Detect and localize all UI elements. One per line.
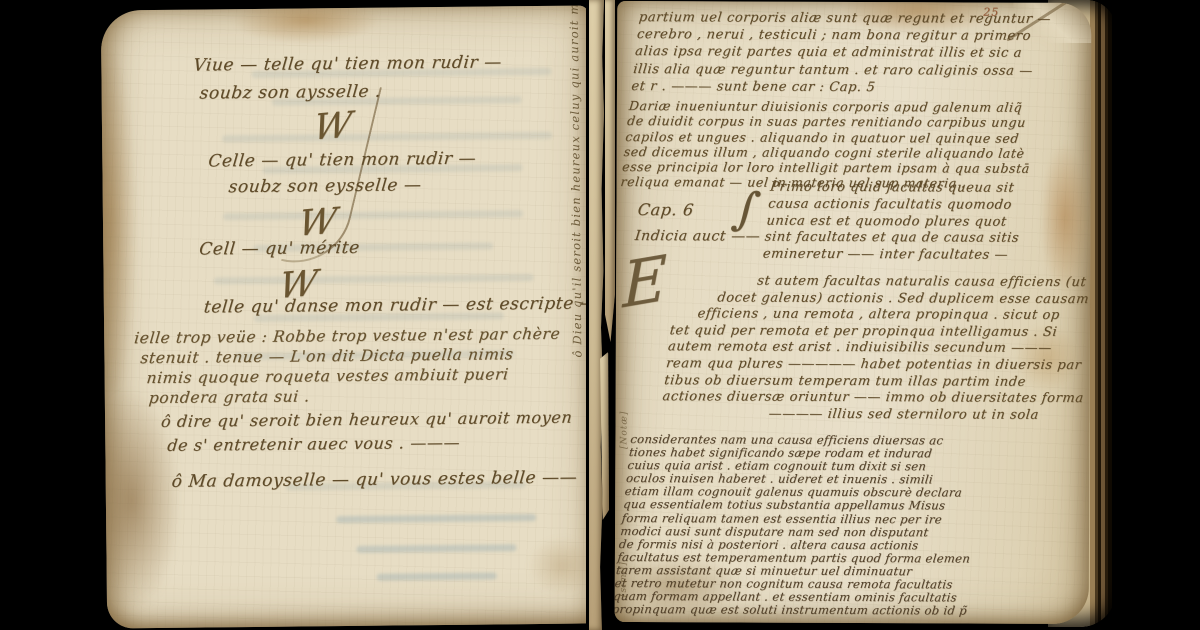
manuscript-text-line: et r . ——— sunt bene car : Cap. 5 [630, 78, 1044, 97]
torn-page-stub [605, 0, 615, 342]
manuscript-text-line: telle qu' danse mon rudir — est escripte… [203, 293, 595, 317]
manuscript-text-line: nimis quoque roqueta vestes ambiuit puer… [146, 364, 510, 388]
monogram-w: W [311, 105, 354, 149]
manuscript-text-line: cerebro , nerui , testiculi ; nam bona r… [636, 26, 1050, 45]
manuscript-text-line: efficiens , una remota , altera propinqu… [697, 307, 1092, 325]
manuscript-text-line: emineretur —— inter facultates — [762, 247, 1018, 265]
manuscript-text-line: pondera grata sui . [148, 386, 311, 408]
manuscript-text-line: de s' entretenir auec vous . ——— [166, 433, 461, 455]
latin-text-block: partium uel corporis aliæ sunt quæ regun… [630, 9, 1051, 97]
manuscript-text-line: actiones diuersæ oriuntur —— immo ob diu… [661, 389, 1084, 407]
manuscript-text-line: partium uel corporis aliæ sunt quæ regun… [638, 9, 1052, 28]
stain [231, 5, 381, 45]
manuscript-text-line: causa actionis facultatis quomodo [767, 196, 1023, 214]
bleed-through-line [356, 544, 516, 553]
bleed-through-line [222, 132, 552, 142]
manuscript-text-line: Celle — qu' tien mon rudir — [207, 149, 477, 172]
photo-backdrop: Viue — telle qu' tien mon rudir — soubz … [0, 0, 1200, 630]
bleed-through-line [223, 210, 523, 220]
manuscript-text-line: sed dicemus illum , aliquando cogni ster… [623, 144, 1032, 161]
bleed-through-line [377, 572, 497, 580]
right-page: 25 partium uel corporis aliæ sunt quæ re… [615, 1, 1092, 624]
latin-text-block: Primo loro quid facultas queua sitcausa … [762, 180, 1026, 265]
bleed-through-line [214, 274, 534, 284]
illuminated-initial: E [622, 241, 668, 323]
bleed-through-line [336, 514, 536, 523]
manuscript-text-line: Primo loro quid facultas queua sit [769, 180, 1025, 198]
manuscript-text-line: tet quid per remota et per propinqua int… [669, 323, 1092, 341]
manuscript-text-line: ream qua plures ————— habet potentias in… [665, 356, 1088, 374]
manuscript-text-line: docet galenus) actionis . Sed duplicem e… [716, 290, 1091, 308]
margin-annotation: [Notæ] [619, 411, 629, 449]
manuscript-text-line: st autem facultas naturalis causa effici… [756, 274, 1091, 292]
manuscript-text-line: capilos et ungues . aliquando in quatuor… [625, 129, 1034, 146]
manuscript-text-line: sint facultates et qua de causa sitis [764, 230, 1020, 248]
manuscript-text-line: propinquam quæ est soluti instrumentum a… [615, 603, 968, 618]
manuscript-text-line: soubz son aysselle . [199, 82, 382, 104]
manuscript-text-line: illis alia quæ reguntur tantum . et raro… [632, 61, 1046, 80]
stain [1040, 143, 1089, 293]
manuscript-text-line: ô Ma damoyselle — qu' vous estes belle —… [171, 468, 578, 492]
latin-text-block: Dariæ inueniuntur diuisionis corporis ap… [620, 98, 1038, 192]
manuscript-text-line: esse principia lor loro intelligit parte… [621, 159, 1030, 176]
margin-annotation: [simil] [619, 561, 629, 597]
manuscript-text-line: tibus ob diuersum temperam tum illas par… [663, 373, 1086, 391]
left-page: Viue — telle qu' tien mon rudir — soubz … [101, 5, 595, 628]
stain [526, 535, 595, 596]
manuscript-text-line: autem remota est arist . indiuisibilis s… [667, 340, 1090, 358]
manuscript-text-line: unica est et quomodo plures quot [765, 213, 1021, 231]
torn-page-stub [589, 0, 604, 630]
manuscript-text-line: Viue — telle qu' tien mon rudir — [192, 52, 502, 75]
latin-text-block: considerantes nam una causa efficiens di… [615, 433, 987, 618]
manuscript-text-line: ô dire qu' seroit bien heureux qu' auroi… [160, 408, 573, 431]
manuscript-text-line: Cell — qu' mérite [198, 238, 360, 260]
manuscript-text-line: ———— illius sed sterniloro ut in sola [768, 406, 1083, 424]
manuscript-text-line: Dariæ inueniuntur diuisionis corporis ap… [628, 98, 1037, 115]
latin-text-block: st autem facultas naturalis causa effici… [660, 273, 1092, 424]
manuscript-text-line: de diuidit corpus in suas partes renitia… [626, 113, 1035, 130]
manuscript-text-line: alias ipsa regit partes quia et administ… [634, 43, 1048, 62]
manuscript-text-line: soubz son eysselle — [228, 175, 423, 197]
